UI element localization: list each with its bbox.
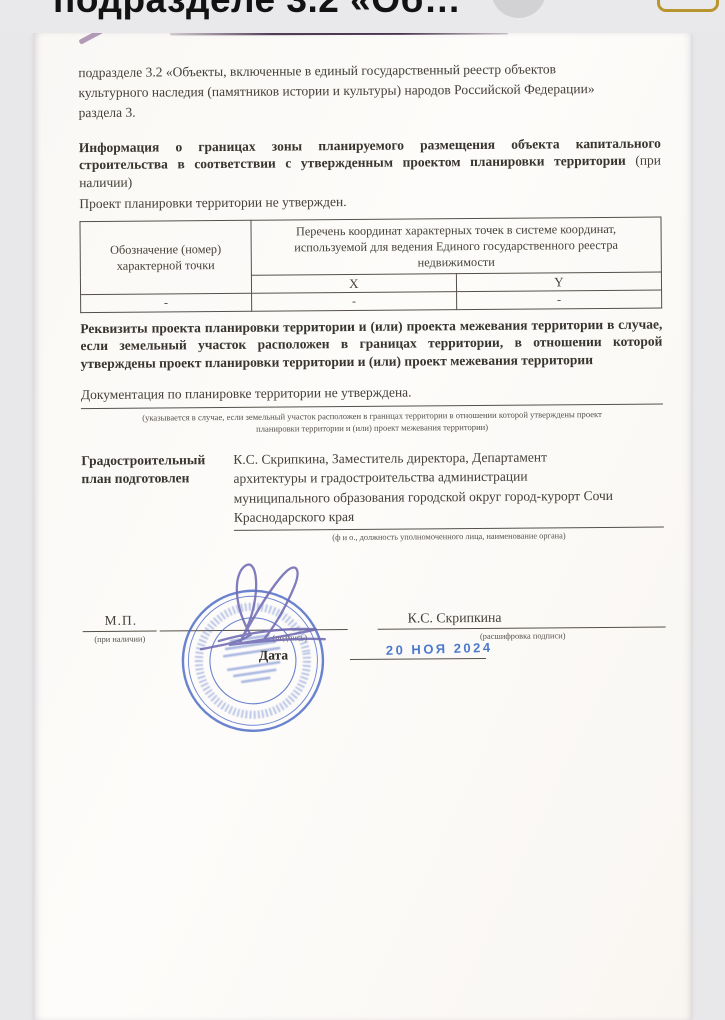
table-cell-x: - xyxy=(251,292,456,311)
prepared-by-right: К.С. Скрипкина, Заместитель директора, Д… xyxy=(233,447,664,545)
document-page: подразделе 3.2 «Объекты, включенные в ед… xyxy=(34,33,691,1020)
signatory-name: К.С. Скрипкина xyxy=(408,608,502,629)
section1-heading-bold: Информация о границах зоны планируемого … xyxy=(79,135,661,172)
prepared-by-caption: (ф и о., должность уполномоченного лица,… xyxy=(234,529,664,545)
top-bar: подразделе 3.2 «Об… xyxy=(0,0,725,33)
page-title: подразделе 3.2 «Об… xyxy=(53,0,461,21)
section1-body: Проект планировки территории не утвержде… xyxy=(79,189,661,214)
seal-line xyxy=(83,631,157,633)
section1-heading: Информация о границах зоны планируемого … xyxy=(79,134,661,191)
table-header-row: Обозначение (номер) характерной точки Пе… xyxy=(80,217,661,277)
signature-area: М.П. (при наличии) (подпись) Дата xyxy=(82,588,665,688)
date-line xyxy=(350,658,486,660)
signature-ink xyxy=(194,554,365,659)
prepared-by-value: К.С. Скрипкина, Заместитель директора, Д… xyxy=(233,447,664,531)
table-header-coords: Перечень координат характерных точек в с… xyxy=(251,217,662,276)
coordinates-table: Обозначение (номер) характерной точки Пе… xyxy=(79,216,662,313)
table-subheader-y: Y xyxy=(456,272,661,292)
date-label: Дата xyxy=(259,646,288,666)
avatar[interactable] xyxy=(491,0,546,18)
bookmark-button[interactable] xyxy=(657,0,719,12)
date-stamp: 20 НОЯ 2024 xyxy=(386,638,493,660)
section2-body: Документация по планировке территории не… xyxy=(81,381,663,410)
prepared-by-label: Градостроительный план подготовлен xyxy=(81,450,234,546)
prepared-by-block: Градостроительный план подготовлен К.С. … xyxy=(81,447,664,547)
seal-place-label: М.П. xyxy=(105,611,138,631)
screen: подразделе 3.2 «Об… подразделе 3.2 «Объе… xyxy=(0,0,725,1020)
section2-heading: Реквизиты проекта планировки территории … xyxy=(80,315,662,372)
table-cell-point: - xyxy=(81,294,252,313)
table-header-point: Обозначение (номер) характерной точки xyxy=(80,220,251,295)
table-cell-y: - xyxy=(456,290,661,309)
document-content: подразделе 3.2 «Объекты, включенные в ед… xyxy=(34,28,696,687)
seal-caption: (при наличии) xyxy=(78,634,162,647)
intro-paragraph: подразделе 3.2 «Объекты, включенные в ед… xyxy=(78,59,660,123)
section2-footnote: (указывается в случае, если земельный уч… xyxy=(81,408,663,437)
table-row: - - - xyxy=(81,290,662,312)
table-subheader-x: X xyxy=(251,274,456,294)
